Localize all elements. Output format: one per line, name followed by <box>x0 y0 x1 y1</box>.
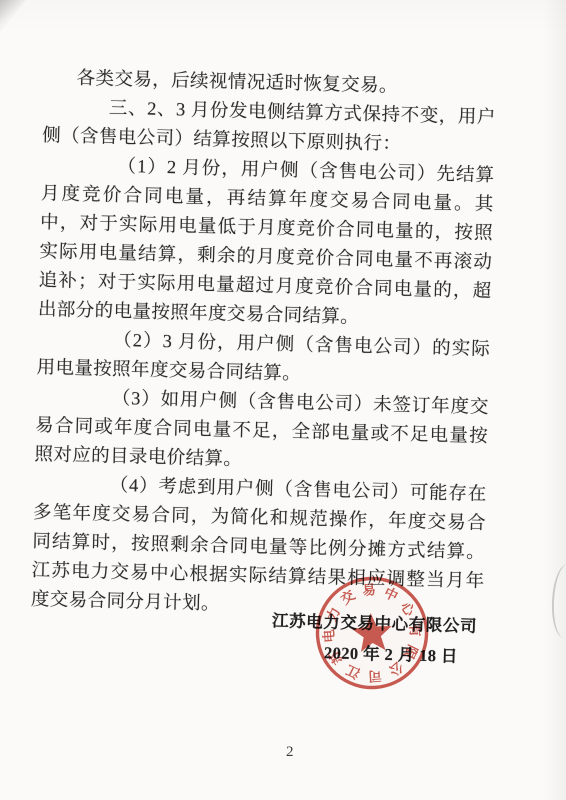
document-body: 各类交易，后续视情况适时恢复交易。 三、2、3 月份发电侧结算方式保持不变，用户… <box>31 64 497 626</box>
official-seal: 江苏电力交易中心有限公司 <box>308 569 436 697</box>
svg-text:易: 易 <box>362 582 377 598</box>
page-number: 2 <box>286 744 294 761</box>
document-paragraph: （1）2 月份，用户侧（含售电公司）先结算月度竞价合同电量，再结算年度交易合同电… <box>38 151 495 336</box>
document-paragraph: （3）如用户侧（含售电公司）未签订年度交易合同或年度合同电量不足，全部电量或不足… <box>34 383 489 481</box>
document-paragraph: （2）3 月份，用户侧（含售电公司）的实际用电量按照年度交易合同结算。 <box>36 325 490 394</box>
scanned-document-page: 各类交易，后续视情况适时恢复交易。 三、2、3 月份发电侧结算方式保持不变，用户… <box>0 0 566 800</box>
svg-text:电: 电 <box>320 628 337 643</box>
scan-corner-artifact <box>0 0 26 32</box>
svg-text:有: 有 <box>407 623 424 638</box>
scan-edge-artifact <box>550 563 566 638</box>
svg-text:司: 司 <box>368 668 383 685</box>
document-paragraph: 三、2、3 月份发电侧结算方式保持不变，用户侧（含售电公司）结算按照以下原则执行… <box>42 93 496 162</box>
